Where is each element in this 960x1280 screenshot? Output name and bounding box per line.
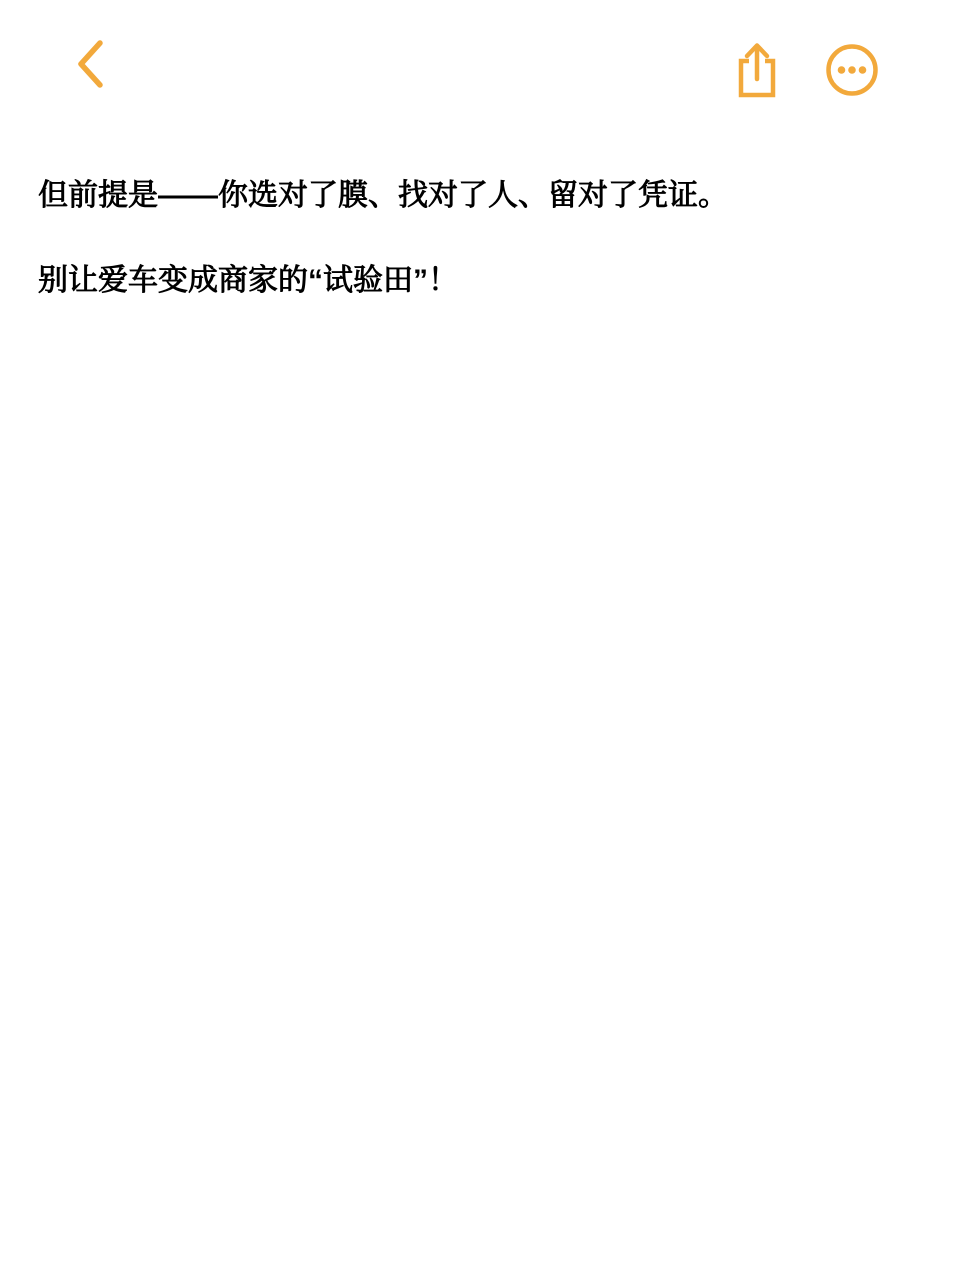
chevron-left-icon bbox=[76, 39, 104, 89]
back-button[interactable] bbox=[68, 34, 112, 94]
more-button[interactable] bbox=[822, 40, 882, 100]
ellipsis-circle-icon bbox=[825, 43, 879, 97]
note-paragraph: 别让爱车变成商家的“试验田”！ bbox=[38, 259, 920, 302]
share-icon bbox=[734, 41, 780, 99]
note-body[interactable]: 但前提是——你选对了膜、找对了人、留对了凭证。 别让爱车变成商家的“试验田”！ bbox=[38, 174, 920, 302]
share-button[interactable] bbox=[728, 36, 786, 104]
nav-bar bbox=[0, 0, 960, 140]
note-paragraph: 但前提是——你选对了膜、找对了人、留对了凭证。 bbox=[38, 174, 920, 217]
